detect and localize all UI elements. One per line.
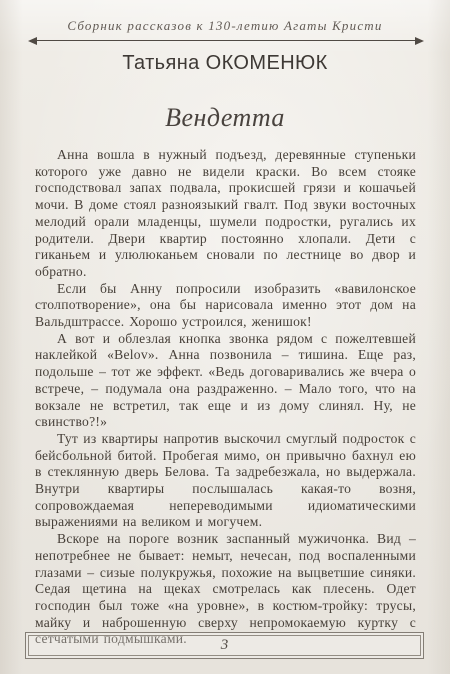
paragraph: Анна вошла в нужный подъезд, деревянные … bbox=[35, 147, 416, 281]
book-page: Сборник рассказов к 130-летию Агаты Крис… bbox=[0, 0, 450, 674]
author-name: Татьяна ОКОМЕНЮК bbox=[0, 52, 450, 75]
arrow-rule bbox=[28, 36, 424, 45]
paragraph: А вот и облезлая кнопка звонка рядом с п… bbox=[35, 331, 416, 431]
paragraph: Тут из квартиры напротив выскочил смуглы… bbox=[35, 431, 416, 531]
right-arrowhead-icon bbox=[415, 37, 424, 45]
rule-line bbox=[37, 40, 415, 41]
paragraph: Вскоре на пороге возник заспанный мужичо… bbox=[35, 531, 416, 648]
page-number-inner-border: 3 bbox=[28, 635, 421, 656]
page-number: 3 bbox=[221, 637, 229, 654]
paragraph: Если бы Анну попросили изобразить «вавил… bbox=[35, 281, 416, 331]
running-head: Сборник рассказов к 130-летию Агаты Крис… bbox=[0, 18, 450, 34]
story-title: Вендетта bbox=[0, 103, 450, 133]
page-number-box: 3 bbox=[25, 632, 424, 659]
story-body: Анна вошла в нужный подъезд, деревянные … bbox=[35, 147, 416, 648]
left-arrowhead-icon bbox=[28, 37, 37, 45]
